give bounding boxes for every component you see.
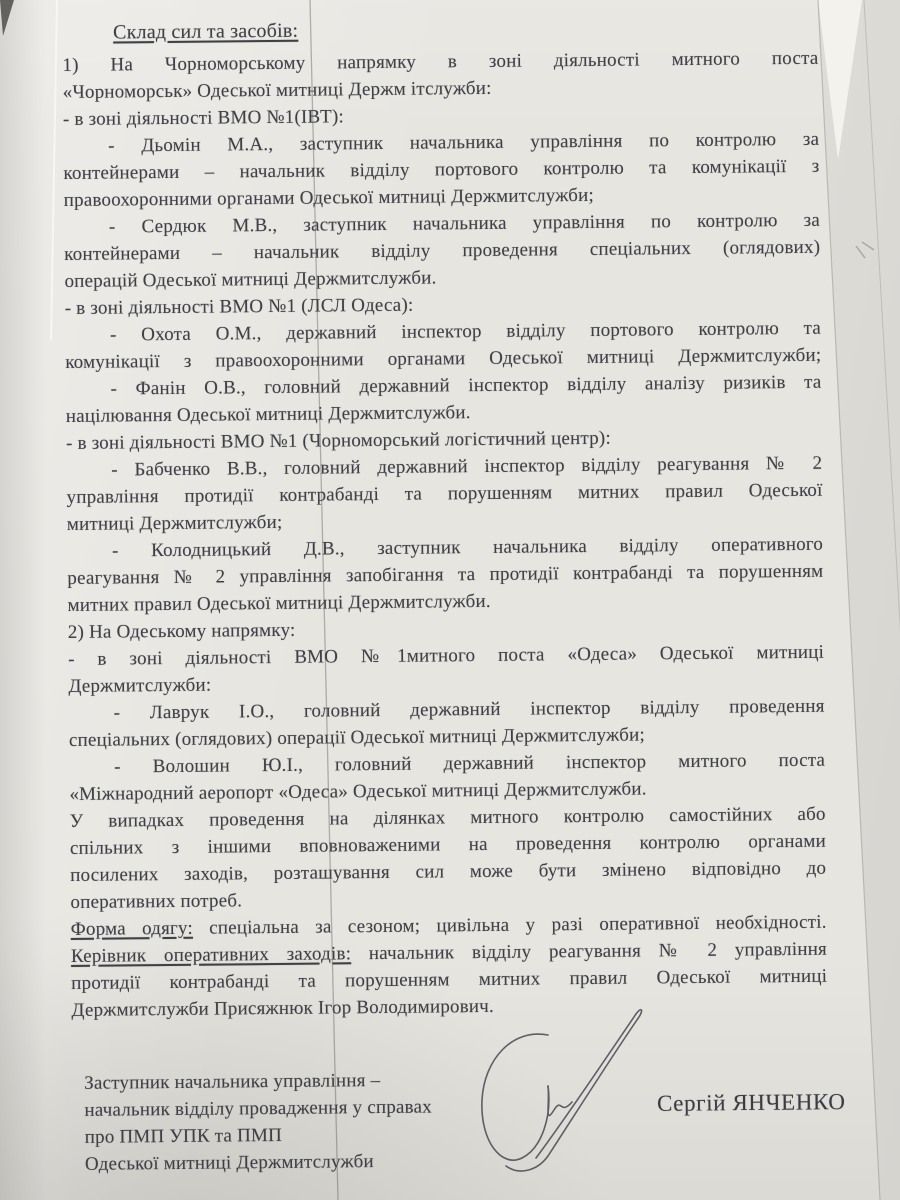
- doc-paragraph: - Лаврук І.О., головний державний інспек…: [69, 693, 825, 754]
- underlined-label: Керівник оперативних заходів:: [71, 943, 351, 967]
- doc-paragraph: - в зоні діяльності ВМО №1митного поста …: [68, 639, 824, 700]
- doc-body: 1) На Чорноморському напрямку в зоні дія…: [62, 45, 827, 1024]
- signature-block: Заступник начальника управління –начальн…: [72, 1063, 829, 1178]
- doc-paragraph: Керівник оперативних заходів: начальник …: [71, 936, 828, 1024]
- signatory-name: Сергій ЯНЧЕНКО: [657, 1089, 846, 1117]
- doc-paragraph: - Фанін О.В., головний державний інспект…: [65, 369, 821, 430]
- doc-paragraph: - Бабченко В.В., головний державний інсп…: [66, 450, 823, 538]
- doc-paragraph: 1) На Чорноморському напрямку в зоні дія…: [62, 45, 818, 106]
- doc-paragraph: - Колодницький Д.В., заступник начальник…: [67, 531, 824, 619]
- doc-paragraph: - Волошин Ю.І., головний державний інспе…: [69, 747, 825, 808]
- underlined-label: Форма одягу:: [71, 918, 193, 940]
- doc-paragraph: - Охота О.М., державний інспектор відділ…: [65, 315, 821, 376]
- doc-paragraph: - Сердюк М.В., заступник начальника упра…: [64, 207, 821, 295]
- doc-paragraph: - Дьомін М.А., заступник начальника упра…: [63, 126, 820, 214]
- doc-paragraph: У випадках проведення на ділянках митног…: [70, 801, 827, 916]
- document-text: Склад сил та засобів: 1) На Чорноморсько…: [62, 13, 829, 1178]
- doc-heading-text: Склад сил та засобів:: [113, 20, 298, 44]
